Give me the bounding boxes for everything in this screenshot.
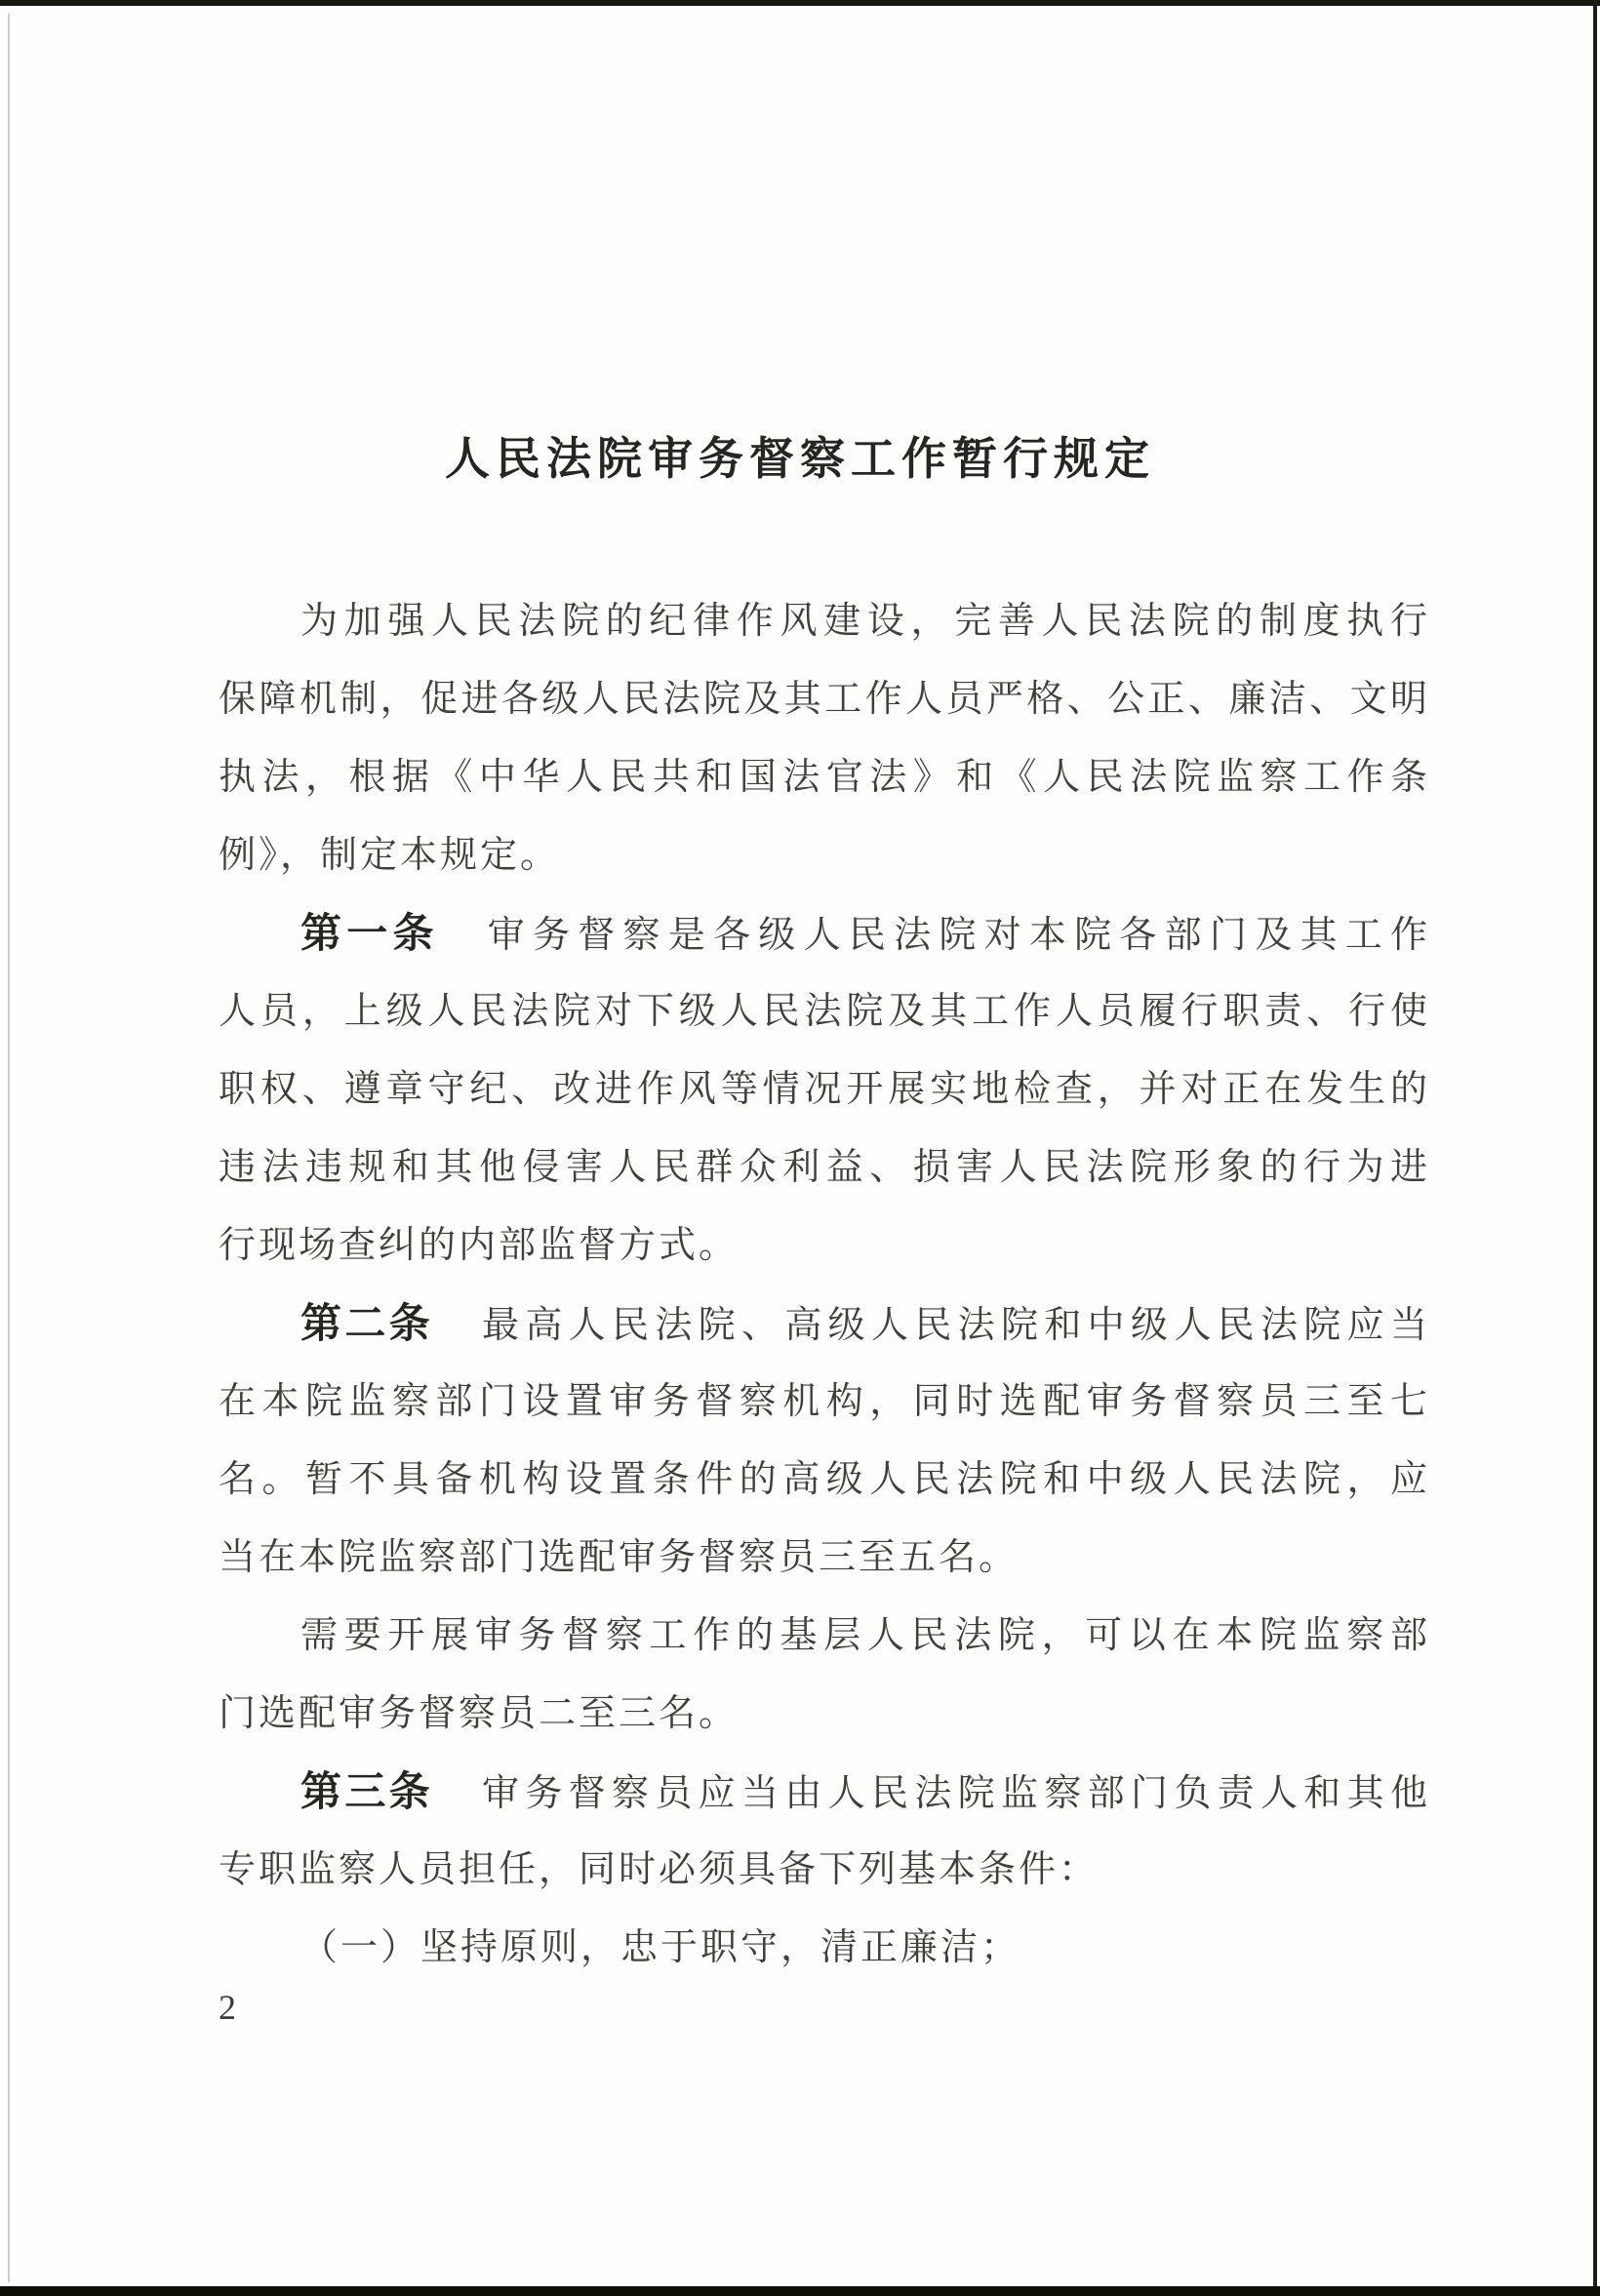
- line-text: 违法违规和其他侵害人民群众利益、损害人民法院形象的行为进: [219, 1147, 1430, 1188]
- document-line: 在本院监察部门设置审务督察机构，同时选配审务督察员三至七: [219, 1363, 1430, 1441]
- line-text: 当在本院监察部门选配审务督察员三至五名。: [219, 1537, 1019, 1578]
- line-text: 人员，上级人民法院对下级人民法院及其工作人员履行职责、行使: [219, 991, 1430, 1032]
- document-line: 专职监察人员担任，同时必须具备下列基本条件：: [219, 1831, 1430, 1909]
- article-number: 第二条: [300, 1300, 433, 1346]
- line-text: 为加强人民法院的纪律作风建设，完善人民法院的制度执行: [300, 601, 1430, 642]
- article-number: 第一条: [300, 910, 439, 956]
- line-text: 名。暂不具备机构设置条件的高级人民法院和中级人民法院，应: [219, 1459, 1430, 1500]
- document-line: 人员，上级人民法院对下级人民法院及其工作人员履行职责、行使: [219, 972, 1430, 1050]
- document-line: 违法违规和其他侵害人民群众利益、损害人民法院形象的行为进: [219, 1128, 1430, 1207]
- line-text: 门选配审务督察员二至三名。: [219, 1693, 739, 1734]
- document-line: 当在本院监察部门选配审务督察员三至五名。: [219, 1519, 1430, 1597]
- line-text: 行现场查纠的内部监督方式。: [219, 1225, 739, 1266]
- line-text: 审务督察员应当由人民法院监察部门负责人和其他: [482, 1773, 1430, 1814]
- line-text: 例》，制定本规定。: [219, 835, 560, 876]
- article-number: 第三条: [300, 1768, 433, 1814]
- page-number: 2: [219, 1980, 236, 2035]
- line-text: 职权、遵章守纪、改进作风等情况开展实地检查，并对正在发生的: [219, 1069, 1430, 1110]
- scan-edge-left: [8, 14, 10, 2282]
- document-title: 人民法院审务督察工作暂行规定: [0, 417, 1600, 499]
- line-text: 保障机制，促进各级人民法院及其工作人员严格、公正、廉洁、文明: [219, 679, 1430, 720]
- scan-edge-bottom: [0, 2286, 1600, 2296]
- document-line: 行现场查纠的内部监督方式。: [219, 1207, 1430, 1285]
- document-body: 为加强人民法院的纪律作风建设，完善人民法院的制度执行保障机制，促进各级人民法院及…: [219, 582, 1430, 1987]
- document-line: 执法，根据《中华人民共和国法官法》和《人民法院监察工作条: [219, 738, 1430, 816]
- document-line: 为加强人民法院的纪律作风建设，完善人民法院的制度执行: [219, 582, 1430, 660]
- line-text: 审务督察是各级人民法院对本院各部门及其工作: [488, 915, 1430, 956]
- document-line: （一）坚持原则，忠于职守，清正廉洁；: [219, 1909, 1430, 1987]
- page-sheet: 人民法院审务督察工作暂行规定 为加强人民法院的纪律作风建设，完善人民法院的制度执…: [0, 0, 1600, 2296]
- document-line: 需要开展审务督察工作的基层人民法院，可以在本院监察部: [219, 1597, 1430, 1675]
- line-text: 在本院监察部门设置审务督察机构，同时选配审务督察员三至七: [219, 1381, 1430, 1422]
- line-text: 专职监察人员担任，同时必须具备下列基本条件：: [219, 1849, 1099, 1890]
- document-line: 第二条最高人民法院、高级人民法院和中级人民法院应当: [219, 1285, 1430, 1363]
- document-line: 例》，制定本规定。: [219, 816, 1430, 894]
- line-text: 执法，根据《中华人民共和国法官法》和《人民法院监察工作条: [219, 757, 1430, 798]
- document-line: 第一条审务督察是各级人民法院对本院各部门及其工作: [219, 894, 1430, 972]
- scan-edge-right: [1593, 0, 1597, 2296]
- line-text: （一）坚持原则，忠于职守，清正廉洁；: [300, 1927, 1020, 1968]
- document-line: 职权、遵章守纪、改进作风等情况开展实地检查，并对正在发生的: [219, 1050, 1430, 1128]
- line-text: 最高人民法院、高级人民法院和中级人民法院应当: [482, 1305, 1430, 1346]
- document-line: 保障机制，促进各级人民法院及其工作人员严格、公正、廉洁、文明: [219, 660, 1430, 738]
- line-text: 需要开展审务督察工作的基层人民法院，可以在本院监察部: [300, 1615, 1430, 1656]
- document-line: 名。暂不具备机构设置条件的高级人民法院和中级人民法院，应: [219, 1441, 1430, 1519]
- document-line: 第三条审务督察员应当由人民法院监察部门负责人和其他: [219, 1753, 1430, 1831]
- document-line: 门选配审务督察员二至三名。: [219, 1675, 1430, 1753]
- scan-edge-top: [0, 0, 1600, 6]
